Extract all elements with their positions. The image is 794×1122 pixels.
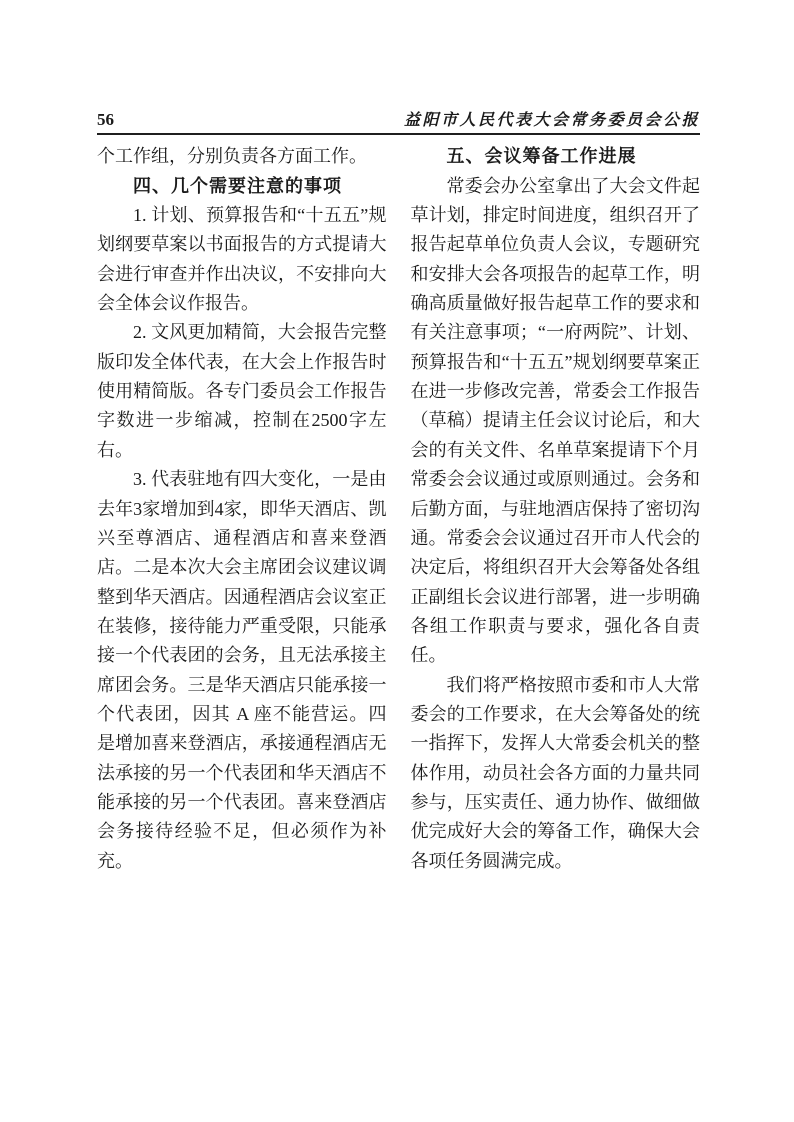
continuation-paragraph: 个工作组，分别负责各方面工作。 bbox=[97, 142, 387, 171]
page-header: 56 益阳市人民代表大会常务委员会公报 bbox=[97, 110, 700, 135]
page-number: 56 bbox=[97, 110, 114, 130]
section-4-paragraph-1: 1. 计划、预算报告和“十五五”规划纲要草案以书面报告的方式提请大会进行审查并作… bbox=[97, 201, 387, 318]
section-5-paragraph-2: 我们将严格按照市委和市人大常委会的工作要求，在大会筹备处的统一指挥下，发挥人大常… bbox=[411, 671, 701, 876]
content-columns: 个工作组，分别负责各方面工作。 四、几个需要注意的事项 1. 计划、预算报告和“… bbox=[97, 142, 700, 876]
document-page: 56 益阳市人民代表大会常务委员会公报 个工作组，分别负责各方面工作。 四、几个… bbox=[97, 110, 700, 876]
section-4-paragraph-2: 2. 文风更加精简，大会报告完整版印发全体代表，在大会上作报告时使用精简版。各专… bbox=[97, 318, 387, 465]
section-4-paragraph-3: 3. 代表驻地有四大变化，一是由去年3家增加到4家，即华天酒店、凯兴至尊酒店、通… bbox=[97, 465, 387, 876]
section-5-paragraph-1: 常委会办公室拿出了大会文件起草计划，排定时间进度，组织召开了报告起草单位负责人会… bbox=[411, 172, 701, 671]
left-column: 个工作组，分别负责各方面工作。 四、几个需要注意的事项 1. 计划、预算报告和“… bbox=[97, 142, 387, 876]
section-5-heading: 五、会议筹备工作进展 bbox=[411, 142, 701, 171]
header-title: 益阳市人民代表大会常务委员会公报 bbox=[404, 111, 700, 130]
right-column: 五、会议筹备工作进展 常委会办公室拿出了大会文件起草计划，排定时间进度，组织召开… bbox=[411, 142, 701, 876]
section-4-heading: 四、几个需要注意的事项 bbox=[97, 172, 387, 201]
